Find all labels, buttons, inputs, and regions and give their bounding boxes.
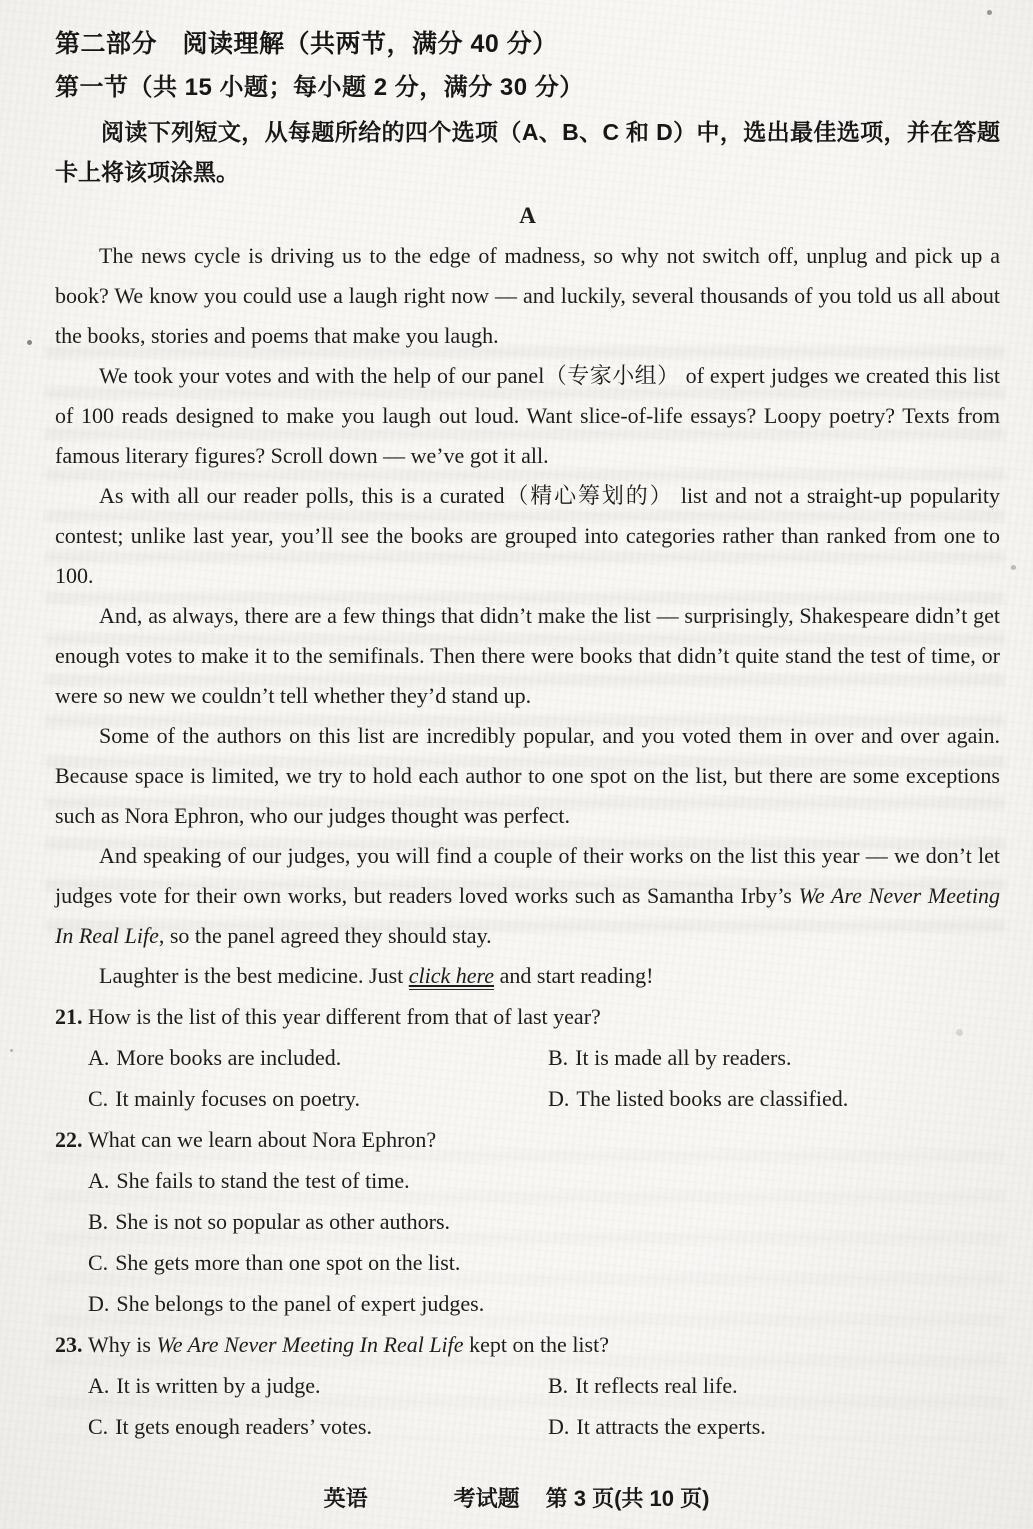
option-label: A.: [88, 1045, 109, 1070]
paragraph-text: Laughter is the best medicine. Just: [99, 963, 409, 988]
scan-speck-artifact: [0, 0, 3, 3]
option-label: B.: [548, 1045, 568, 1070]
option-23-d: D.It attracts the experts.: [548, 1406, 1000, 1447]
section-header: 第二部分 阅读理解（共两节，满分 40 分） 第一节（共 15 小题；每小题 2…: [55, 26, 1000, 192]
option-text: It is made all by readers.: [575, 1045, 791, 1070]
passage-paragraph: Some of the authors on this list are inc…: [55, 716, 1000, 836]
question-number: 23.: [55, 1324, 88, 1365]
option-23-c: C.It gets enough readers’ votes.: [88, 1406, 548, 1447]
passage-paragraph: And speaking of our judges, you will fin…: [55, 836, 1000, 956]
click-here-link: click here: [409, 963, 494, 990]
option-text: It mainly focuses on poetry.: [115, 1086, 360, 1111]
questions-section: 21.How is the list of this year differen…: [55, 996, 1000, 1447]
reading-passage: The news cycle is driving us to the edge…: [55, 236, 1000, 996]
passage-paragraph: Laughter is the best medicine. Just clic…: [55, 956, 1000, 996]
passage-paragraph: The news cycle is driving us to the edge…: [55, 236, 1000, 356]
exam-page: 第二部分 阅读理解（共两节，满分 40 分） 第一节（共 15 小题；每小题 2…: [0, 0, 1033, 1529]
footer-subject: 英语: [324, 1482, 368, 1513]
passage-paragraph: As with all our reader polls, this is a …: [55, 476, 1000, 596]
option-21-a: A.More books are included.: [88, 1037, 548, 1078]
question-22: 22.What can we learn about Nora Ephron? …: [55, 1119, 1000, 1324]
option-label: D.: [88, 1291, 109, 1316]
question-text: How is the list of this year different f…: [88, 1004, 601, 1029]
options-list: A.She fails to stand the test of time. B…: [55, 1160, 1000, 1324]
option-22-b: B.She is not so popular as other authors…: [88, 1201, 1000, 1242]
question-stem: 22.What can we learn about Nora Ephron?: [55, 1119, 1000, 1160]
book-title: We Are Never Meeting In Real Life: [156, 1332, 463, 1357]
option-label: A.: [88, 1373, 109, 1398]
part-title: 第二部分 阅读理解（共两节，满分 40 分）: [55, 26, 1000, 62]
question-number: 22.: [55, 1119, 88, 1160]
question-number: 21.: [55, 996, 88, 1037]
option-label: B.: [88, 1209, 108, 1234]
footer-doc-label: 考试题: [454, 1482, 520, 1513]
option-text: She gets more than one spot on the list.: [115, 1250, 460, 1275]
option-label: D.: [548, 1086, 569, 1111]
option-22-d: D.She belongs to the panel of expert jud…: [88, 1283, 1000, 1324]
option-text: More books are included.: [116, 1045, 341, 1070]
question-text: kept on the list?: [464, 1332, 609, 1357]
question-text: What can we learn about Nora Ephron?: [88, 1127, 436, 1152]
option-text: The listed books are classified.: [576, 1086, 848, 1111]
paragraph-text: and start reading!: [494, 963, 653, 988]
options-grid: A.More books are included. B.It is made …: [55, 1037, 1000, 1119]
option-text: She belongs to the panel of expert judge…: [116, 1291, 484, 1316]
option-21-c: C.It mainly focuses on poetry.: [88, 1078, 548, 1119]
option-label: D.: [548, 1414, 569, 1439]
instructions-text: 阅读下列短文，从每题所给的四个选项（A、B、C 和 D）中，选出最佳选项，并在答…: [55, 112, 1000, 192]
option-label: C.: [88, 1086, 108, 1111]
option-text: It gets enough readers’ votes.: [115, 1414, 372, 1439]
option-23-b: B.It reflects real life.: [548, 1365, 1000, 1406]
options-grid: A.It is written by a judge. B.It reflect…: [55, 1365, 1000, 1447]
option-text: It is written by a judge.: [116, 1373, 320, 1398]
section-title: 第一节（共 15 小题；每小题 2 分，满分 30 分）: [55, 70, 1000, 106]
option-label: A.: [88, 1168, 109, 1193]
question-stem: 21.How is the list of this year differen…: [55, 996, 1000, 1037]
option-text: She is not so popular as other authors.: [115, 1209, 450, 1234]
option-22-c: C.She gets more than one spot on the lis…: [88, 1242, 1000, 1283]
question-stem: 23.Why is We Are Never Meeting In Real L…: [55, 1324, 1000, 1365]
option-label: C.: [88, 1414, 108, 1439]
question-23: 23.Why is We Are Never Meeting In Real L…: [55, 1324, 1000, 1447]
option-text: She fails to stand the test of time.: [116, 1168, 409, 1193]
passage-label: A: [55, 196, 1000, 236]
passage-paragraph: And, as always, there are a few things t…: [55, 596, 1000, 716]
passage-paragraph: We took your votes and with the help of …: [55, 356, 1000, 476]
option-label: B.: [548, 1373, 568, 1398]
question-21: 21.How is the list of this year differen…: [55, 996, 1000, 1119]
question-text: Why is: [88, 1332, 156, 1357]
option-23-a: A.It is written by a judge.: [88, 1365, 548, 1406]
option-21-b: B.It is made all by readers.: [548, 1037, 1000, 1078]
option-22-a: A.She fails to stand the test of time.: [88, 1160, 1000, 1201]
paragraph-text: , so the panel agreed they should stay.: [159, 923, 492, 948]
option-text: It attracts the experts.: [576, 1414, 765, 1439]
footer-page-number: 第 3 页(共 10 页): [546, 1482, 710, 1513]
page-footer: 英语 考试题 第 3 页(共 10 页): [0, 1482, 1033, 1513]
option-label: C.: [88, 1250, 108, 1275]
option-21-d: D.The listed books are classified.: [548, 1078, 1000, 1119]
option-text: It reflects real life.: [575, 1373, 737, 1398]
